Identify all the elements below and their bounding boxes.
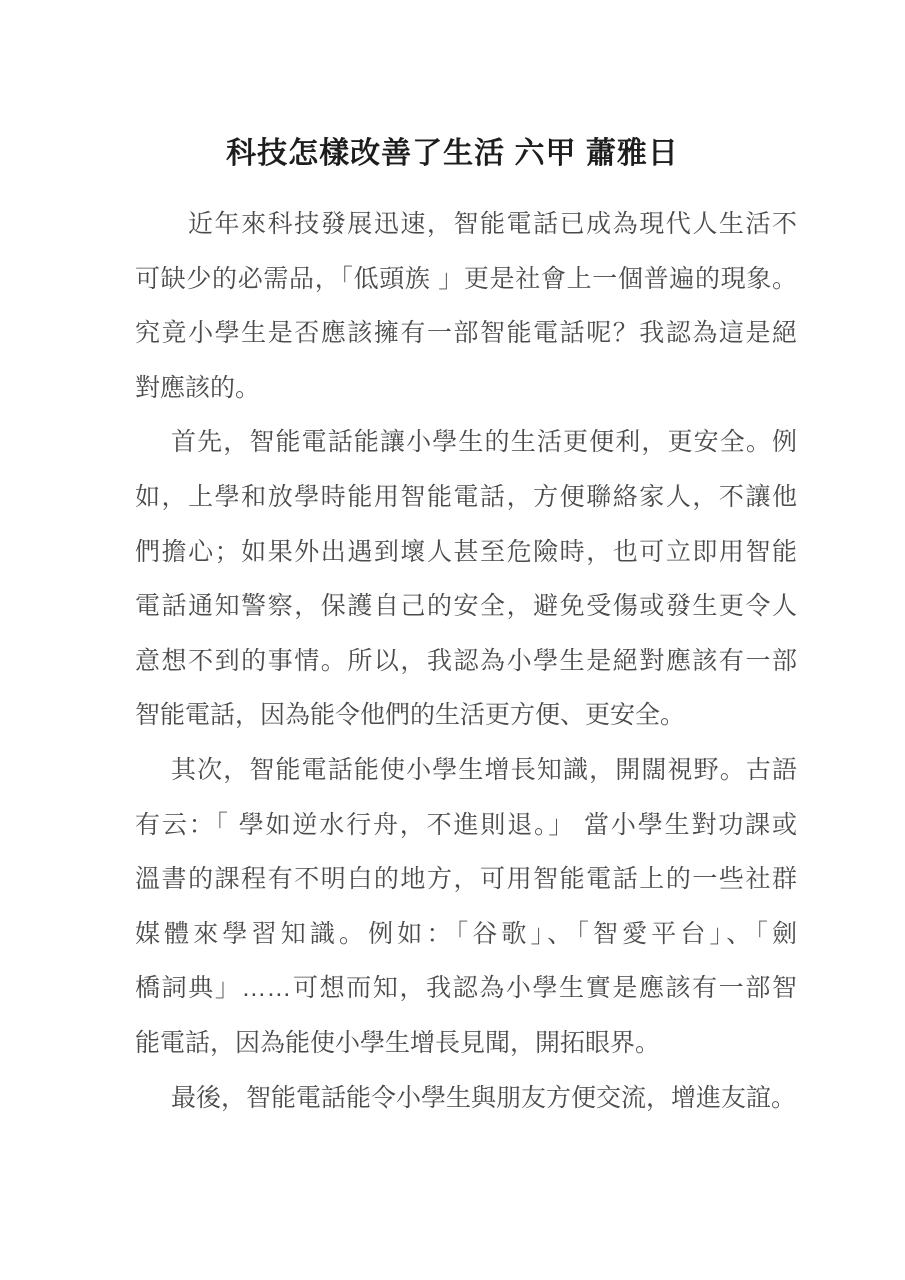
essay-title: 科技怎樣改善了生活 六甲 蕭雅日 [0,128,905,172]
text-line: 近年來科技發展迅速，智能電話已成為現代人生活不 [135,197,797,252]
text-line: 對應該的。 [135,361,797,416]
text-line: 有云：「 學如逆水行舟，不進則退。」 當小學生對功課或 [135,798,797,853]
text-line: 們擔心；如果外出遇到壞人甚至危險時，也可立即用智能 [135,525,797,580]
text-line: 能電話，因為能使小學生增長見聞，開拓眼界。 [135,1016,797,1071]
essay-body: 近年來科技發展迅速，智能電話已成為現代人生活不可缺少的必需品，「低頭族 」更是社… [135,197,797,1125]
text-line: 其次，智能電話能使小學生增長知識，開闊視野。古語 [135,743,797,798]
text-line: 究竟小學生是否應該擁有一部智能電話呢？我認為這是絕 [135,306,797,361]
text-line: 電話通知警察，保護自己的安全，避免受傷或發生更令人 [135,579,797,634]
text-line: 最後，智能電話能令小學生與朋友方便交流，增進友誼。 [135,1071,797,1126]
text-line: 可缺少的必需品，「低頭族 」更是社會上一個普遍的現象。 [135,252,797,307]
text-line: 媒體來學習知識。例如：「谷歌」、「智愛平台」、「劍 [135,907,797,962]
text-line: 溫書的課程有不明白的地方，可用智能電話上的一些社群 [135,852,797,907]
text-line: 橋詞典」……可想而知，我認為小學生實是應該有一部智 [135,961,797,1016]
text-line: 首先，智能電話能讓小學生的生活更便利，更安全。例 [135,415,797,470]
text-line: 智能電話，因為能令他們的生活更方便、更安全。 [135,688,797,743]
text-line: 如，上學和放學時能用智能電話，方便聯絡家人，不讓他 [135,470,797,525]
text-line: 意想不到的事情。所以，我認為小學生是絕對應該有一部 [135,634,797,689]
document-page: 科技怎樣改善了生活 六甲 蕭雅日 近年來科技發展迅速，智能電話已成為現代人生活不… [0,0,905,1280]
